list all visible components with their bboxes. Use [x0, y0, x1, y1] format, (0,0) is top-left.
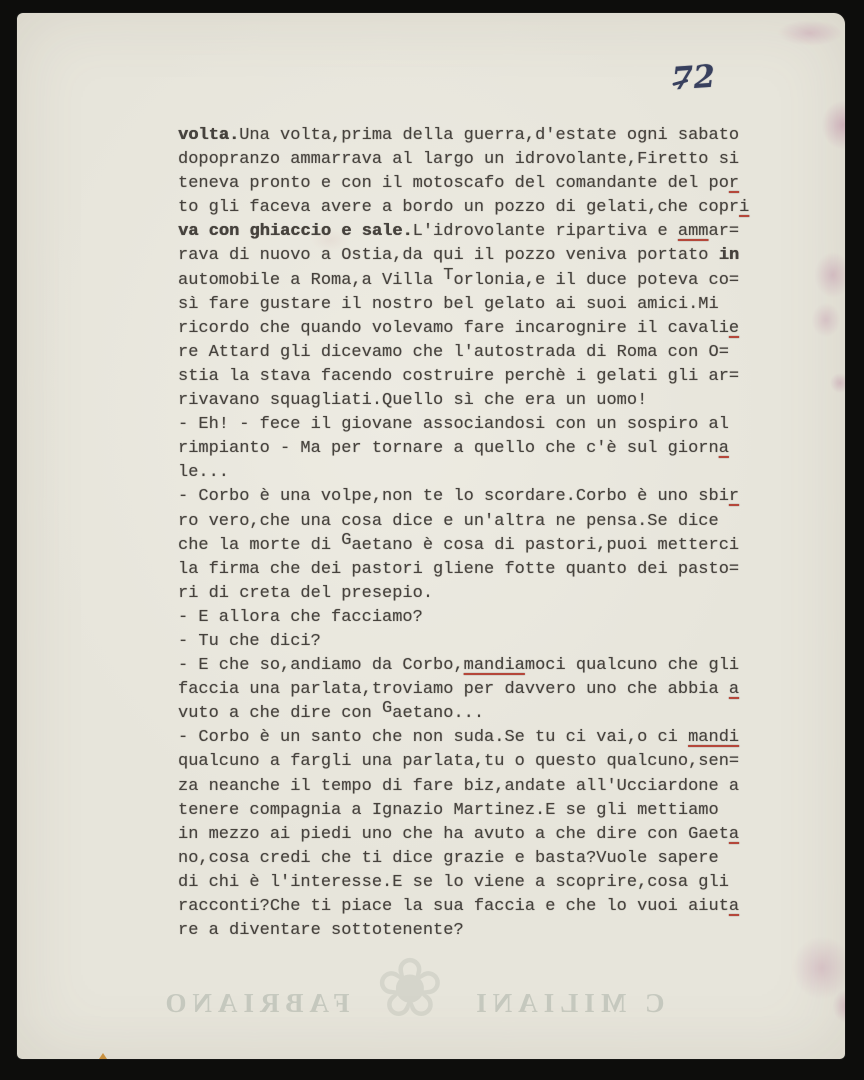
- typescript-segment: G: [341, 531, 351, 550]
- typescript-segment: volta.: [178, 126, 239, 145]
- red-underlined-text: a: [719, 439, 729, 458]
- typescript-line: la firma che dei pastori gliene fotte qu…: [178, 558, 749, 582]
- typescript-line: in mezzo ai piedi uno che ha avuto a che…: [178, 823, 749, 847]
- typescript-segment: ri di creta del presepio.: [178, 584, 433, 603]
- typescript-segment: racconti?Che ti piace la sua faccia e ch…: [178, 897, 729, 916]
- typescript-line: racconti?Che ti piace la sua faccia e ch…: [178, 895, 749, 919]
- typescript-line: sì fare gustare il nostro bel gelato ai …: [178, 293, 749, 317]
- typescript-line: teneva pronto e con il motoscafo del com…: [178, 172, 749, 196]
- paper-watermark: C MILIANI ❀ FABRIANO: [157, 973, 667, 1033]
- watermark-text-place: FABRIANO: [160, 988, 350, 1019]
- typescript-line: vuto a che dire con Gaetano...: [178, 702, 749, 726]
- typescript-line: ricordo che quando volevamo fare incarog…: [178, 317, 749, 341]
- red-underlined-text: amm: [678, 222, 709, 241]
- typescript-line: - Corbo è una volpe,non te lo scordare.C…: [178, 485, 749, 509]
- red-underlined-text: a: [729, 825, 739, 844]
- typescript-segment: di chi è l'interesse.E se lo viene a sco…: [178, 873, 729, 892]
- typescript-line: - E allora che facciamo?: [178, 606, 749, 630]
- typescript-segment: za neanche il tempo di fare biz,andate a…: [178, 777, 739, 796]
- typescript-segment: G: [382, 699, 392, 718]
- typescript-segment: - Eh! - fece il giovane associandosi con…: [178, 415, 729, 434]
- typescript-segment: L'idrovolante ripartiva e: [413, 222, 678, 241]
- typescript-segment: in mezzo ai piedi uno che ha avuto a che…: [178, 825, 729, 844]
- red-underlined-text: a: [729, 897, 739, 916]
- typescript-line: le...: [178, 461, 749, 485]
- typescript-line: - Corbo è un santo che non suda.Se tu ci…: [178, 726, 749, 750]
- typescript-segment: orlonia,e il duce poteva co=: [453, 271, 739, 290]
- typescript-segment: ricordo che quando volevamo fare incarog…: [178, 319, 729, 338]
- typescript-line: to gli faceva avere a bordo un pozzo di …: [178, 196, 749, 220]
- typescript-segment: - Tu che dici?: [178, 632, 321, 651]
- typescript-segment: in: [719, 246, 739, 265]
- typescript-segment: sì fare gustare il nostro bel gelato ai …: [178, 295, 719, 314]
- typescript-segment: stia la stava facendo costruire perchè i…: [178, 367, 739, 386]
- typescript-segment: faccia una parlata,troviamo per davvero …: [178, 680, 729, 699]
- typescript-segment: re a diventare sottotenente?: [178, 921, 464, 940]
- typescript-segment: rivavano squagliati.Quello sì che era un…: [178, 391, 647, 410]
- typescript-line: ri di creta del presepio.: [178, 582, 749, 606]
- watermark-text-manufacturer: C MILIANI: [470, 988, 664, 1019]
- typescript-line: che la morte di Gaetano è cosa di pastor…: [178, 534, 749, 558]
- typescript-line: stia la stava facendo costruire perchè i…: [178, 365, 749, 389]
- typescript-segment: vuto a che dire con: [178, 704, 382, 723]
- typescript-line: automobile a Roma,a Villa Torlonia,e il …: [178, 269, 749, 293]
- typescript-segment: - E che so,andiamo da Corbo,: [178, 656, 464, 675]
- typescript-segment: to gli faceva avere a bordo un pozzo di …: [178, 198, 739, 217]
- typescript-segment: - Corbo è una volpe,non te lo scordare.C…: [178, 487, 729, 506]
- typescript-segment: ro vero,che una cosa dice e un'altra ne …: [178, 512, 719, 531]
- typescript-segment: rava di nuovo a Ostia,da qui il pozzo ve…: [178, 246, 719, 265]
- scanned-page: 72 volta.Una volta,prima della guerra,d'…: [17, 13, 845, 1059]
- red-underlined-text: i: [739, 198, 749, 217]
- red-underlined-text: mandi: [688, 728, 739, 747]
- typescript-segment: - E allora che facciamo?: [178, 608, 423, 627]
- typescript-line: za neanche il tempo di fare biz,andate a…: [178, 775, 749, 799]
- typescript-segment: automobile a Roma,a Villa: [178, 271, 443, 290]
- typescript-segment: moci qualcuno che gli: [525, 656, 739, 675]
- typescript-line: no,cosa credi che ti dice grazie e basta…: [178, 847, 749, 871]
- typescript-segment: T: [443, 266, 453, 285]
- typescript-segment: la firma che dei pastori gliene fotte qu…: [178, 560, 739, 579]
- typescript-line: rava di nuovo a Ostia,da qui il pozzo ve…: [178, 244, 749, 268]
- red-underlined-text: a: [729, 680, 739, 699]
- typescript-segment: no,cosa credi che ti dice grazie e basta…: [178, 849, 719, 868]
- typescript-segment: Una volta,prima della guerra,d'estate og…: [239, 126, 739, 145]
- typescript-line: rivavano squagliati.Quello sì che era un…: [178, 389, 749, 413]
- typescript-segment: dopopranzo ammarrava al largo un idrovol…: [178, 150, 739, 169]
- typescript-line: qualcuno a fargli una parlata,tu o quest…: [178, 750, 749, 774]
- typescript-line: faccia una parlata,troviamo per davvero …: [178, 678, 749, 702]
- typescript-line: re a diventare sottotenente?: [178, 919, 749, 943]
- typescript-line: ro vero,che una cosa dice e un'altra ne …: [178, 510, 749, 534]
- typescript-segment: tenere compagnia a Ignazio Martinez.E se…: [178, 801, 719, 820]
- typescript-segment: le...: [178, 463, 229, 482]
- red-underlined-text: mandia: [464, 656, 525, 675]
- typescript-segment: che la morte di: [178, 536, 341, 555]
- typescript-segment: teneva pronto e con il motoscafo del com…: [178, 174, 729, 193]
- paper-speck: [99, 1053, 107, 1059]
- typescript-line: tenere compagnia a Ignazio Martinez.E se…: [178, 799, 749, 823]
- red-underlined-text: e: [729, 319, 739, 338]
- red-underlined-text: r: [729, 174, 739, 193]
- typescript-line: re Attard gli dicevamo che l'autostrada …: [178, 341, 749, 365]
- typescript-line: di chi è l'interesse.E se lo viene a sco…: [178, 871, 749, 895]
- typescript-line: - E che so,andiamo da Corbo,mandiamoci q…: [178, 654, 749, 678]
- typescript-segment: - Corbo è un santo che non suda.Se tu ci…: [178, 728, 688, 747]
- typescript-line: va con ghiaccio e sale.L'idrovolante rip…: [178, 220, 749, 244]
- typescript-segment: aetano...: [392, 704, 484, 723]
- typescript-line: - Tu che dici?: [178, 630, 749, 654]
- typescript-text: volta.Una volta,prima della guerra,d'est…: [178, 124, 749, 943]
- typescript-line: - Eh! - fece il giovane associandosi con…: [178, 413, 749, 437]
- typescript-line: rimpianto - Ma per tornare a quello che …: [178, 437, 749, 461]
- typescript-segment: ar=: [709, 222, 740, 241]
- red-underlined-text: r: [729, 487, 739, 506]
- page-number-handwritten: 72: [671, 59, 717, 98]
- typescript-segment: va con ghiaccio e sale.: [178, 222, 413, 241]
- typescript-line: dopopranzo ammarrava al largo un idrovol…: [178, 148, 749, 172]
- typescript-segment: qualcuno a fargli una parlata,tu o quest…: [178, 752, 739, 771]
- typescript-segment: aetano è cosa di pastori,puoi metterci: [351, 536, 739, 555]
- typescript-segment: re Attard gli dicevamo che l'autostrada …: [178, 343, 729, 362]
- typescript-segment: rimpianto - Ma per tornare a quello che …: [178, 439, 719, 458]
- typescript-line: volta.Una volta,prima della guerra,d'est…: [178, 124, 749, 148]
